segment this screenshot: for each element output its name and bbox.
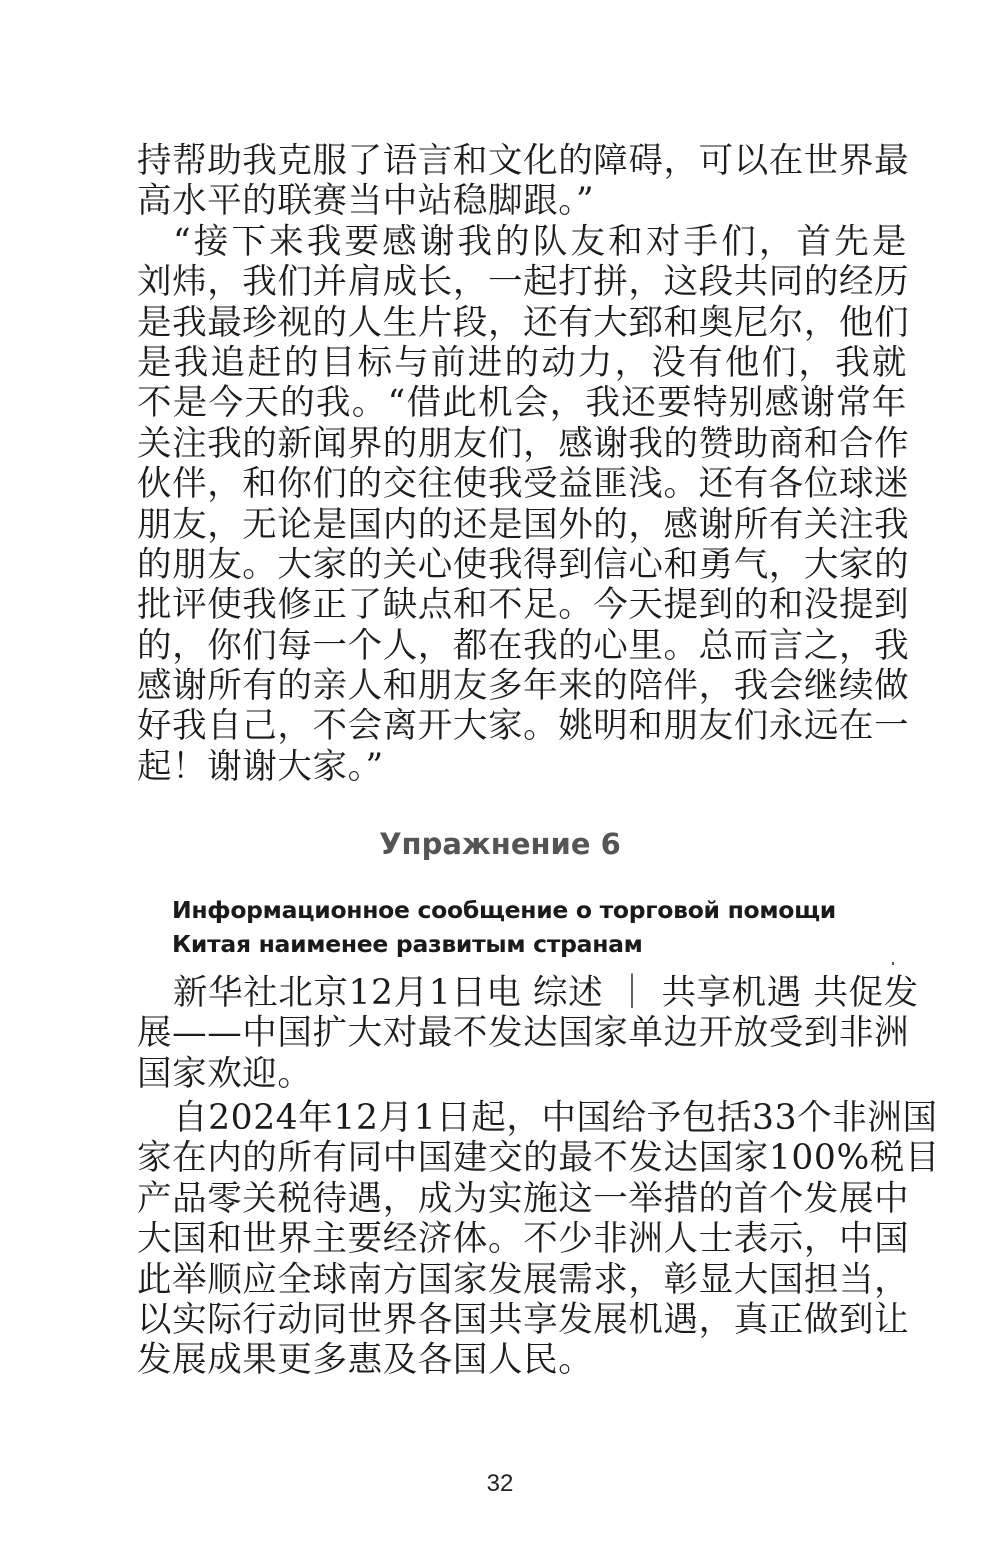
- text-line: 是我最珍视的人生片段，还有大郅和奥尼尔，他们: [137, 303, 907, 343]
- text-line: 朋友，无论是国内的还是国外的，感谢所有关注我: [137, 505, 907, 545]
- text-line: 好我自己，不会离开大家。姚明和朋友们永远在一: [137, 706, 907, 746]
- text-line: 的，你们每一个人，都在我的心里。总而言之，我: [137, 626, 907, 666]
- subtitle-line: Информационное сообщение о торговой помо…: [172, 893, 892, 927]
- speech-text: 持帮助我克服了语言和文化的障碍，可以在世界最 高水平的联赛当中站稳脚跟。” “接…: [137, 141, 907, 787]
- book-page: 持帮助我克服了语言和文化的障碍，可以在世界最 高水平的联赛当中站稳脚跟。” “接…: [0, 0, 1000, 1566]
- text-line: 是我追赶的目标与前进的动力，没有他们，我就: [137, 343, 907, 383]
- body-paragraph: 自2024年12月1日起，中国给予包括33个非洲国 家在内的所有同中国建交的最不…: [137, 1098, 907, 1381]
- text-line: 的朋友。大家的关心使我得到信心和勇气，大家的: [137, 545, 907, 585]
- text-line: 自2024年12月1日起，中国给予包括33个非洲国: [137, 1098, 907, 1138]
- text-line: 新华社北京12月1日电 综述 ｜ 共享机遇 共促发: [137, 973, 907, 1013]
- text-line: 大国和世界主要经济体。不少非洲人士表示，中国: [137, 1219, 907, 1259]
- text-line: 产品零关税待遇，成为实施这一举措的首个发展中: [137, 1179, 907, 1219]
- exercise-subtitle: Информационное сообщение о торговой помо…: [172, 893, 892, 961]
- text-line: 高水平的联赛当中站稳脚跟。”: [137, 181, 907, 221]
- text-line: 国家欢迎。: [137, 1054, 907, 1094]
- text-line: 批评使我修正了缺点和不足。今天提到的和没提到: [137, 585, 907, 625]
- text-line: 发展成果更多惠及各国人民。: [137, 1340, 907, 1380]
- text-line: 不是今天的我。“借此机会，我还要特别感谢常年: [137, 383, 907, 423]
- exercise-title: Упражнение 6: [0, 827, 1000, 861]
- text-line: 持帮助我克服了语言和文化的障碍，可以在世界最: [137, 141, 907, 181]
- text-line: 以实际行动同世界各国共享发展机遇，真正做到让: [137, 1300, 907, 1340]
- text-line: 关注我的新闻界的朋友们，感谢我的赞助商和合作: [137, 424, 907, 464]
- subtitle-line: Китая наименее развитым странам: [172, 927, 892, 961]
- text-line: “接下来我要感谢我的队友和对手们，首先是: [137, 222, 907, 262]
- text-line: 感谢所有的亲人和朋友多年来的陪伴，我会继续做: [137, 666, 907, 706]
- page-number: 32: [0, 1470, 1000, 1498]
- text-line: 展——中国扩大对最不发达国家单边开放受到非洲: [137, 1013, 907, 1053]
- text-line: 伙伴，和你们的交往使我受益匪浅。还有各位球迷: [137, 464, 907, 504]
- text-line: 家在内的所有同中国建交的最不发达国家100%税目: [137, 1138, 907, 1178]
- headline-paragraph: 新华社北京12月1日电 综述 ｜ 共享机遇 共促发 展——中国扩大对最不发达国家…: [137, 973, 907, 1094]
- text-line: 此举顺应全球南方国家发展需求，彰显大国担当，: [137, 1260, 907, 1300]
- scan-speck: [892, 962, 894, 965]
- text-line: 起！谢谢大家。”: [137, 747, 907, 787]
- text-line: 刘炜，我们并肩成长，一起打拼，这段共同的经历: [137, 262, 907, 302]
